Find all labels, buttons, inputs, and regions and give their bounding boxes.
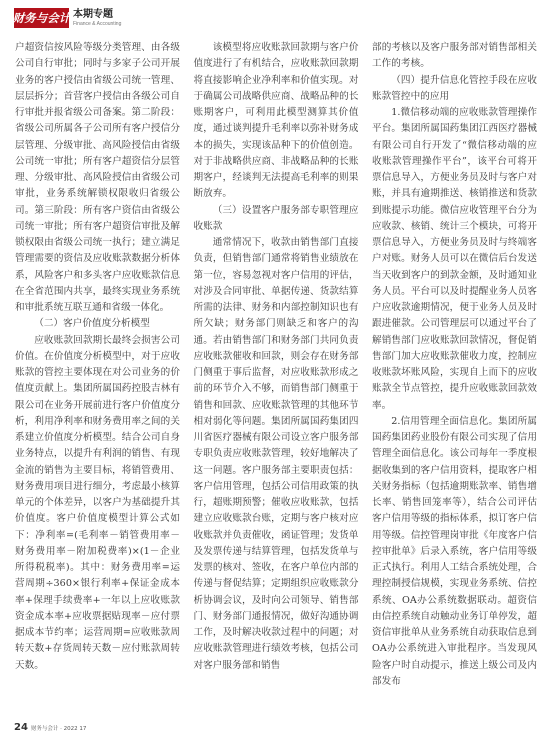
section-title: 本期专题 [73, 10, 121, 20]
paragraph: 部的考核以及客户服务部对销售部相关工作的考核。 [372, 40, 537, 73]
publication-info: 财务与会计 · 2022 17 [31, 724, 87, 732]
section-subtitle: Finance & Accounting [73, 22, 121, 27]
paragraph: 该模型将应收账款回款期与客户价值度进行了有机结合，应收账款回款期将直接影响企业净… [194, 40, 359, 203]
page-footer: 24 财务与会计 · 2022 17 [14, 722, 86, 733]
paragraph: 2.信用管理全面信息化。集团所属国药集团药业股份有限公司实现了信用管理全面信息化… [372, 414, 537, 690]
subheading: （三）设置客户服务部专职管理应收账款 [194, 203, 359, 236]
column-middle: 该模型将应收账款回款期与客户价值度进行了有机结合，应收账款回款期将直接影响企业净… [194, 40, 359, 690]
section-heading: 本期专题 Finance & Accounting [73, 10, 121, 27]
paragraph: 应收账款回款期长最终会损害公司价值。在价值度分析模型中，对于应收账款的管控主要体… [15, 333, 180, 674]
page-number: 24 [14, 722, 28, 733]
page-header: 财务与会计 本期专题 Finance & Accounting [14, 6, 121, 30]
journal-logo: 财务与会计 [14, 8, 69, 28]
subheading: （四）提升信息化管控手段在应收账款管控中的应用 [372, 73, 537, 106]
column-right: 部的考核以及客户服务部对销售部相关工作的考核。 （四）提升信息化管控手段在应收账… [372, 40, 537, 690]
paragraph: 户超资信按风险等级分类管理、由各级公司自行审批；同时与多家子公司开展业务的客户授… [15, 40, 180, 316]
column-left: 户超资信按风险等级分类管理、由各级公司自行审批；同时与多家子公司开展业务的客户授… [15, 40, 180, 690]
paragraph: 通常情况下，收款由销售部门直接负责，但销售部门通常将销售业绩放在第一位，容易忽视… [194, 235, 359, 674]
paragraph: 1.微信移动端的应收账款管理操作平台。集团所属国药集团江西医疗器械有限公司自行开… [372, 105, 537, 414]
subheading: （二）客户价值度分析模型 [15, 316, 180, 332]
article-body: 户超资信按风险等级分类管理、由各级公司自行审批；同时与多家子公司开展业务的客户授… [15, 40, 537, 690]
